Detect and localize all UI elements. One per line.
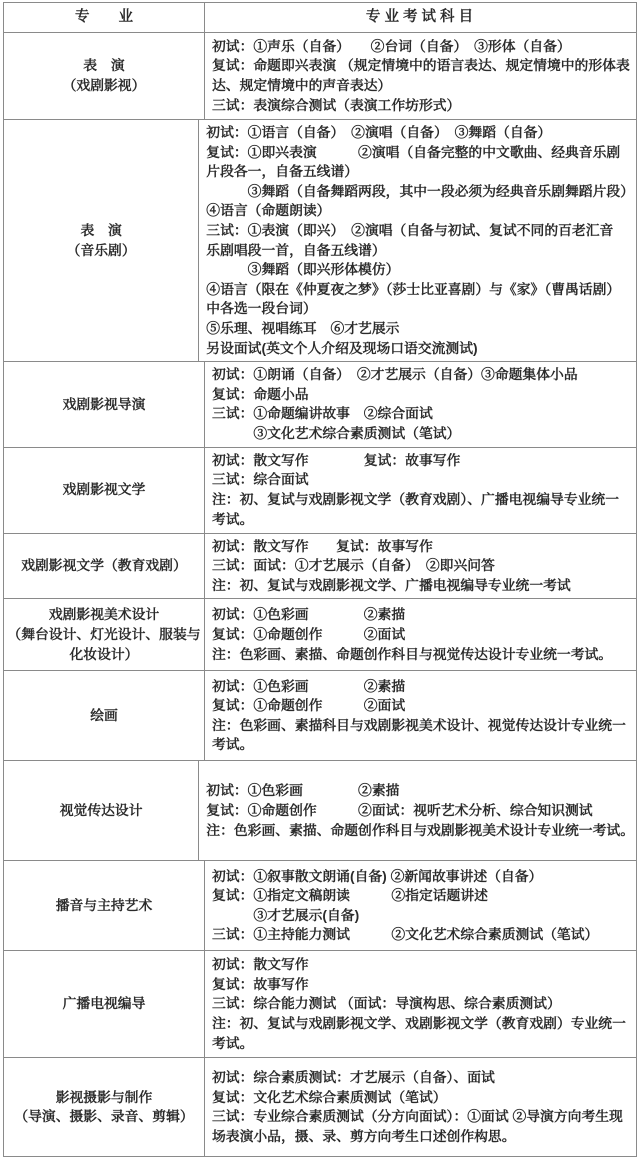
subject-line: 初试：综合素质测试：才艺展示（自备）、面试 [212,1068,495,1088]
header-subjects-label: 专 业 考 试 科 目 [366,8,473,28]
major-cell: 戏剧影视文学 [4,448,205,533]
subject-line: ③文化艺术综合素质测试（笔试） [212,424,460,444]
subject-line: 三试：表演综合测试（表演工作坊形式） [212,96,460,116]
subject-line: 初试：①色彩画 ②素描 [206,781,399,801]
major-cell: 戏剧影视导演 [4,362,205,446]
subject-line: 三试：专业综合素质测试（分方向面试）：①面试 ②导演方向考生现 [212,1107,623,1127]
subjects-cell: 初试：①声乐（自备） ②台词（自备） ③形体（自备）复试：命题即兴表演 （规定情… [205,33,636,119]
exam-subjects-table: 专 业 专 业 考 试 科 目 表 演（戏剧影视）初试：①声乐（自备） ②台词（… [3,2,637,1157]
subject-line: 复试：命题小品 [212,385,309,405]
subject-line: 三试：①表演（即兴） ②演唱（自备与初试、复试不同的百老汇音 [206,221,613,241]
subject-line: 初试：①朗诵（自备） ②才艺展示（自备）③命题集体小品 [212,365,578,385]
subject-line: 复试：命题即兴表演 （规定情境中的语言表达、规定情境中的形体表 [212,56,630,76]
major-cell: 表 演（戏剧影视） [4,33,205,119]
subject-line: 三试：①主持能力测试 ②文化艺术综合素质测试（笔试） [212,925,598,945]
subject-line: 初试：散文写作 复试：故事写作 [212,451,460,471]
major-name-line: （音乐剧） [67,241,136,261]
major-name-line: 广播电视编导 [63,994,146,1014]
document-page: 专 业 专 业 考 试 科 目 表 演（戏剧影视）初试：①声乐（自备） ②台词（… [0,0,640,1157]
subject-line: ④语言（限在《仲夏夜之梦》（莎士比亚喜剧）与《家》（曹禺话剧） [206,280,620,300]
table-row: 绘画初试：①色彩画 ②素描复试：①命题创作 ②面试注：色彩画、素描科目与戏剧影视… [4,670,636,760]
major-name-line: 化妆设计） [70,645,139,665]
subject-line: ③舞蹈（自备舞蹈两段，其中一段必须为经典音乐剧舞蹈片段） [206,182,634,202]
subject-line: 考试。 [212,510,253,530]
subject-line: ③才艺展示(自备) [212,906,359,926]
subject-line: 复试：文化艺术综合素质测试（笔试） [212,1088,447,1108]
subject-line: 三试：综合面试 [212,470,309,490]
major-name-line: 表 演 [83,56,124,76]
subject-line: ③舞蹈（即兴形体模仿） [206,260,399,280]
table-row: 播音与主持艺术初试：①叙事散文朗诵(自备) ②新闻故事讲述（自备）复试：①指定文… [4,860,636,950]
table-row: 视觉传达设计初试：①色彩画 ②素描复试：①命题创作 ②面试：视听艺术分析、综合知… [4,760,636,860]
subject-line: ④语言（命题朗读） [206,201,330,221]
table-row: 表 演（戏剧影视）初试：①声乐（自备） ②台词（自备） ③形体（自备）复试：命题… [4,32,636,119]
subjects-cell: 初试：①朗诵（自备） ②才艺展示（自备）③命题集体小品复试：命题小品三试：①命题… [205,362,636,446]
subject-line: 注：初、复试与戏剧影视文学、广播电视编导专业统一考试 [212,576,571,596]
table-row: 戏剧影视文学（教育戏剧）初试：散文写作 复试：故事写作三试：面试：①才艺展示（自… [4,533,636,599]
major-name-line: 播音与主持艺术 [56,896,153,916]
subject-line: 三试：综合能力测试 （面试：导演构思、综合素质测试） [212,994,561,1014]
subject-line: 乐剧唱段一首，自备五线谱） [206,241,385,261]
subject-line: 复试：①指定文稿朗读 ②指定话题讲述 [212,886,488,906]
subject-line: 初试：①色彩画 ②素描 [212,677,405,697]
major-cell: 影视摄影与制作（导演、摄影、录音、剪辑） [4,1058,205,1156]
major-cell: 绘画 [4,671,205,760]
major-name-line: 戏剧影视文学（教育戏剧） [21,556,187,576]
subjects-cell: 初试：散文写作 复试：故事写作三试：综合面试注：初、复试与戏剧影视文学（教育戏剧… [205,448,636,533]
subjects-cell: 初试：①色彩画 ②素描复试：①命题创作 ②面试注：色彩画、素描科目与戏剧影视美术… [205,671,636,760]
header-cell-subjects: 专 业 考 试 科 目 [205,3,636,32]
major-name-line: 戏剧影视导演 [63,395,146,415]
subjects-cell: 初试：①叙事散文朗诵(自备) ②新闻故事讲述（自备）复试：①指定文稿朗读 ②指定… [205,861,636,950]
subject-line: 三试：①命题编讲故事 ②综合面试 [212,404,433,424]
subjects-cell: 初试：①色彩画 ②素描复试：①命题创作 ②面试注：色彩画、素描、命题创作科目与视… [205,599,636,670]
subject-line: 注：初、复试与戏剧影视文学（教育戏剧）、广播电视编导专业统一 [212,490,619,510]
subject-line: 场表演小品，摄、录、剪方向考生口述创作构思。 [212,1127,516,1147]
subject-line: 注：初、复试与戏剧影视文学、戏剧影视文学（教育戏剧）专业统一 [212,1014,626,1034]
subject-line: 初试：①叙事散文朗诵(自备) ②新闻故事讲述（自备） [212,867,542,887]
table-row: 影视摄影与制作（导演、摄影、录音、剪辑）初试：综合素质测试：才艺展示（自备）、面… [4,1057,636,1156]
major-cell: 戏剧影视美术设计（舞台设计、灯光设计、服装与化妆设计） [4,599,205,670]
subjects-cell: 初试：①色彩画 ②素描复试：①命题创作 ②面试：视听艺术分析、综合知识测试注：色… [199,761,636,860]
subject-line: 初试：①声乐（自备） ②台词（自备） ③形体（自备） [212,37,571,57]
major-cell: 戏剧影视文学（教育戏剧） [4,534,205,599]
major-name-line: 视觉传达设计 [60,801,143,821]
subject-line: 初试：散文写作 复试：故事写作 [212,537,433,557]
table-row: 表 演（音乐剧）初试：①语言（自备） ②演唱（自备） ③舞蹈（自备）复试：①即兴… [4,119,636,361]
subject-line: 复试：①命题创作 ②面试 [212,625,405,645]
subject-line: 初试：①语言（自备） ②演唱（自备） ③舞蹈（自备） [206,123,551,143]
table-row: 戏剧影视导演初试：①朗诵（自备） ②才艺展示（自备）③命题集体小品复试：命题小品… [4,361,636,446]
subjects-cell: 初试：①语言（自备） ②演唱（自备） ③舞蹈（自备）复试：①即兴表演 ②演唱（自… [199,120,636,361]
subject-line: 初试：散文写作 [212,955,309,975]
major-name-line: （导演、摄影、录音、剪辑） [14,1107,193,1127]
subject-line: 考试。 [212,735,253,755]
subject-line: 三试：面试：①才艺展示（自备） ②即兴问答 [212,556,495,576]
subject-line: 注：色彩画、素描科目与戏剧影视美术设计、视觉传达设计专业统一 [212,716,626,736]
subject-line: ⑤乐理、视唱练耳 ⑥才艺展示 [206,319,399,339]
major-name-line: 戏剧影视文学 [63,480,146,500]
subject-line: 复试：①即兴表演 ②演唱（自备完整的中文歌曲、经典音乐剧 [206,143,620,163]
major-name-line: （戏剧影视） [63,76,146,96]
header-cell-major: 专 业 [4,3,205,32]
subject-line: 另设面试(英文个人介绍及现场口语交流测试) [206,339,477,359]
subject-line: 复试：故事写作 [212,975,309,995]
table-row: 戏剧影视美术设计（舞台设计、灯光设计、服装与化妆设计）初试：①色彩画 ②素描复试… [4,598,636,670]
subject-line: 复试：①命题创作 ②面试 [212,696,405,716]
subject-line: 初试：①色彩画 ②素描 [212,605,405,625]
table-row: 戏剧影视文学初试：散文写作 复试：故事写作三试：综合面试注：初、复试与戏剧影视文… [4,447,636,533]
table-header-row: 专 业 专 业 考 试 科 目 [4,3,636,32]
subject-line: 达、规定情境中的声音表达） [212,76,391,96]
major-name-line: 戏剧影视美术设计 [49,605,159,625]
major-cell: 播音与主持艺术 [4,861,205,950]
subjects-cell: 初试：散文写作复试：故事写作三试：综合能力测试 （面试：导演构思、综合素质测试）… [205,951,636,1057]
major-name-line: 表 演 [80,221,121,241]
subject-line: 中各选一段台词） [206,299,316,319]
major-name-line: （舞台设计、灯光设计、服装与 [7,625,200,645]
subject-line: 复试：①命题创作 ②面试：视听艺术分析、综合知识测试 [206,801,592,821]
major-name-line: 绘画 [90,706,118,726]
major-cell: 广播电视编导 [4,951,205,1057]
subject-line: 注：色彩画、素描、命题创作科目与视觉传达设计专业统一考试。 [212,645,612,665]
subject-line: 注：色彩画、素描、命题创作科目与戏剧影视美术设计专业统一考试。 [206,821,634,841]
major-cell: 视觉传达设计 [4,761,199,860]
subject-line: 考试。 [212,1034,253,1054]
major-name-line: 影视摄影与制作 [56,1088,153,1108]
table-row: 广播电视编导初试：散文写作复试：故事写作三试：综合能力测试 （面试：导演构思、综… [4,950,636,1057]
subjects-cell: 初试：散文写作 复试：故事写作三试：面试：①才艺展示（自备） ②即兴问答注：初、… [205,534,636,599]
subject-line: 片段各一，自备五线谱） [206,162,358,182]
table-body: 表 演（戏剧影视）初试：①声乐（自备） ②台词（自备） ③形体（自备）复试：命题… [4,32,636,1156]
major-cell: 表 演（音乐剧） [4,120,199,361]
subjects-cell: 初试：综合素质测试：才艺展示（自备）、面试复试：文化艺术综合素质测试（笔试）三试… [205,1058,636,1156]
header-major-label: 专 业 [75,8,133,28]
